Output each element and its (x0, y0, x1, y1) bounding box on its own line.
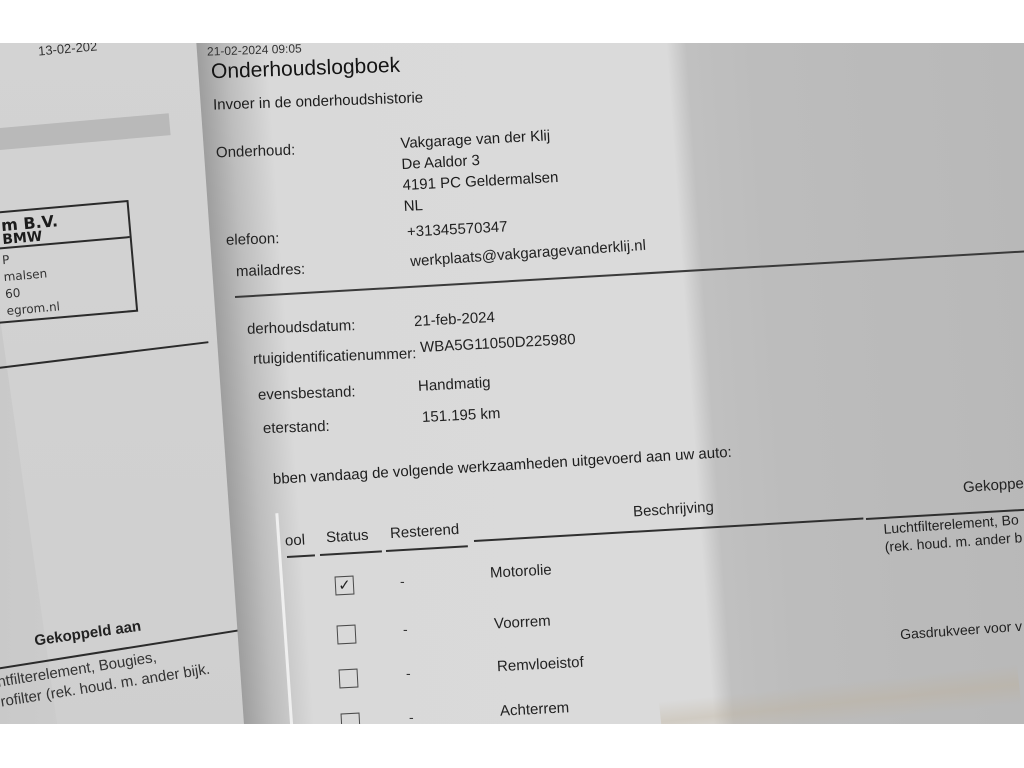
remaining-value: - (409, 709, 414, 724)
status-checkbox-motorolie[interactable]: ✓ (335, 576, 355, 596)
item-description: Motorolie (490, 561, 553, 581)
remaining-value: - (400, 573, 405, 589)
document-photo: 13-02-202 m B.V. BMW P malsen 60 egrom.n… (0, 43, 1024, 724)
item-description: Voorrem (494, 613, 552, 633)
status-checkbox-voorrem[interactable] (337, 625, 357, 645)
check-icon: ✓ (338, 578, 351, 594)
garage-label: Onderhoud: (216, 142, 296, 162)
garage-address: Vakgarage van der Klij De Aaldor 3 4191 … (400, 125, 560, 217)
phone-label: elefoon: (226, 230, 280, 249)
email-label: mailadres: (236, 261, 306, 280)
source-label: evensbestand: (258, 383, 356, 403)
dealer-address-box: m B.V. BMW P malsen 60 egrom.nl (0, 200, 138, 325)
left-page-date: 13-02-202 (37, 43, 97, 59)
status-checkbox-remvloeistof[interactable] (339, 669, 359, 689)
odometer-label: eterstand: (263, 418, 330, 437)
column-header-status: Status (326, 527, 369, 547)
column-header-tool: ool (284, 531, 305, 549)
remaining-value: - (406, 665, 411, 681)
left-section-header: Gekoppeld aan (33, 618, 142, 650)
item-description: Achterrem (500, 699, 570, 720)
left-page-grey-bar (0, 113, 171, 151)
dealer-address-lines: P malsen 60 egrom.nl (0, 238, 136, 321)
status-checkbox-achterrem[interactable] (341, 713, 361, 724)
left-page-divider (0, 341, 208, 370)
remaining-value: - (403, 621, 408, 637)
